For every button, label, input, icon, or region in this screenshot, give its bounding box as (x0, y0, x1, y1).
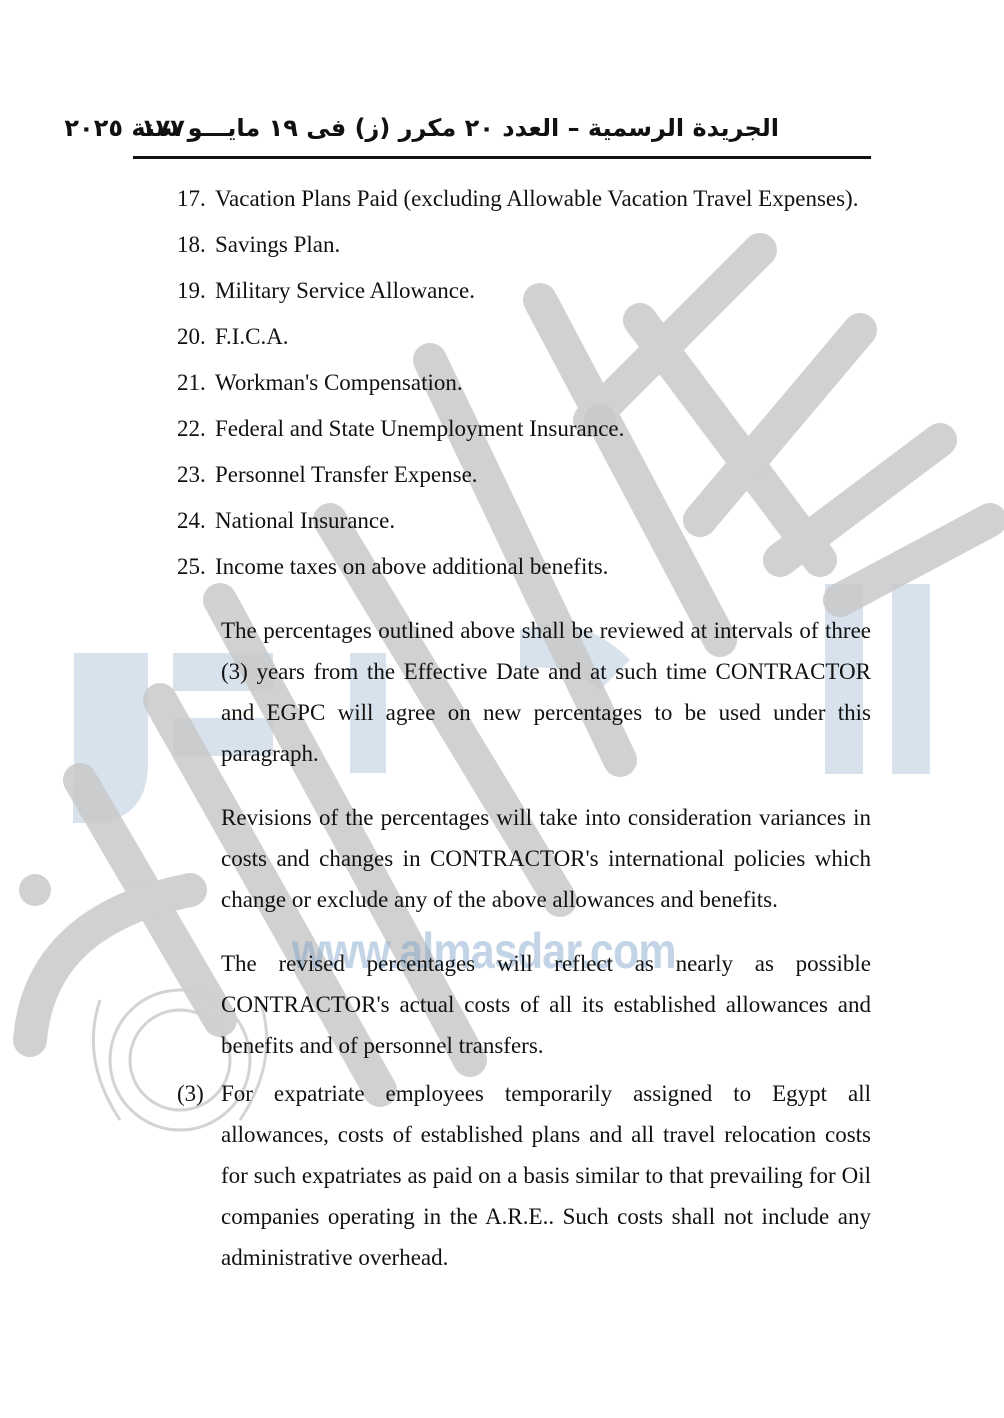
subsection-text: For expatriate employees temporarily ass… (221, 1081, 871, 1270)
header-divider (133, 156, 871, 159)
list-item: 22.Federal and State Unemployment Insura… (177, 408, 871, 449)
paragraph-revisions: Revisions of the percentages will take i… (221, 797, 871, 920)
page-header: ١٧٧ الجريدة الرسمية – العدد ٢٠ مكرر (ز) … (133, 112, 871, 152)
paragraph-revised: The revised percentages will reflect as … (221, 943, 871, 1066)
list-item: 17.Vacation Plans Paid (excluding Allowa… (177, 178, 871, 219)
list-item: 19.Military Service Allowance. (177, 270, 871, 311)
list-item: 18.Savings Plan. (177, 224, 871, 265)
gazette-title: الجريدة الرسمية – العدد ٢٠ مكرر (ز) فى ١… (64, 114, 779, 142)
list-item: 21.Workman's Compensation. (177, 362, 871, 403)
list-item: 25.Income taxes on above additional bene… (177, 546, 871, 587)
list-item: 24.National Insurance. (177, 500, 871, 541)
subsection-3: (3) For expatriate employees temporarily… (177, 1073, 871, 1278)
list-item: 20.F.I.C.A. (177, 316, 871, 357)
paragraph-review: The percentages outlined above shall be … (221, 610, 871, 774)
subsection-number: (3) (177, 1073, 204, 1114)
document-body: 17.Vacation Plans Paid (excluding Allowa… (177, 178, 871, 1278)
list-item: 23.Personnel Transfer Expense. (177, 454, 871, 495)
